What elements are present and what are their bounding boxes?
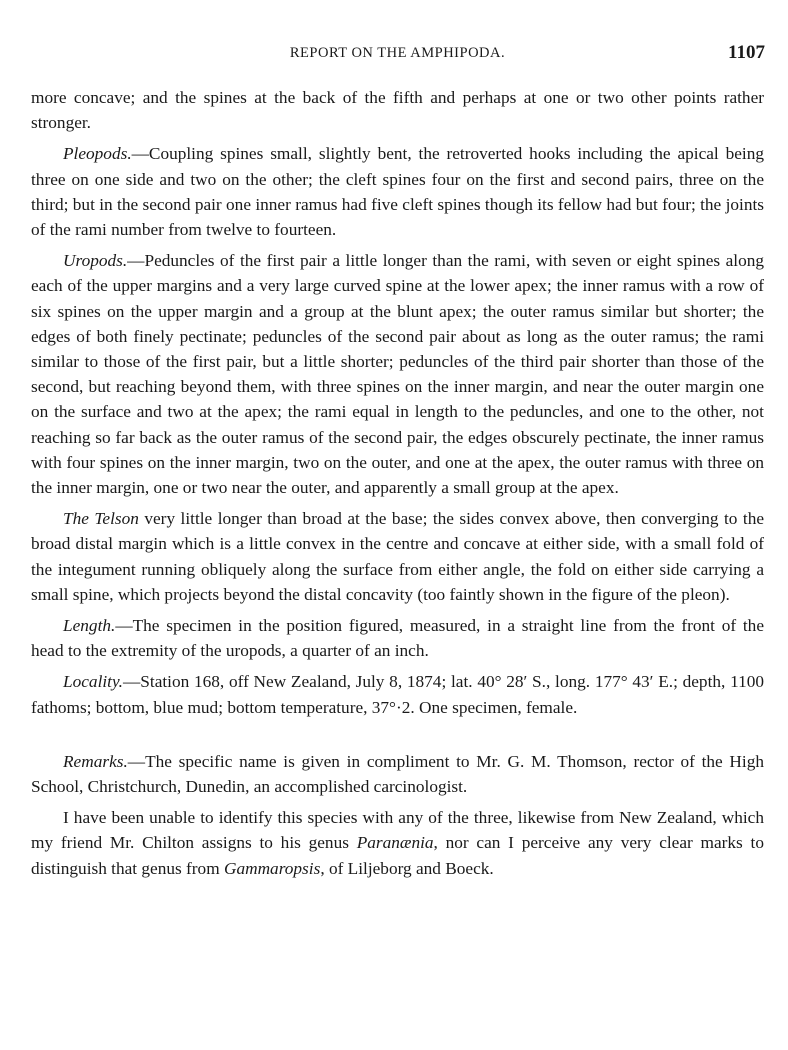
section-lead: The Telson [63,509,139,528]
paragraph-pleopods: Pleopods.—Coupling spines small, slightl… [31,141,764,242]
paragraph-remarks: Remarks.—The specific name is given in c… [31,749,764,799]
section-lead: Locality. [63,672,123,691]
section-lead: Uropods. [63,251,127,270]
running-title: REPORT ON THE AMPHIPODA. [30,45,765,62]
page-body: more concave; and the spines at the back… [31,85,764,881]
running-header: REPORT ON THE AMPHIPODA. 1107 [30,42,765,66]
page-number: 1107 [728,42,765,64]
paragraph-comparison: I have been unable to identify this spec… [31,805,764,881]
paragraph-locality: Locality.—Station 168, off New Zealand, … [31,669,764,719]
genus-name-paranaenia: Paranænia [357,833,434,852]
paragraph-continuation: more concave; and the spines at the back… [31,85,764,135]
section-lead: Remarks. [63,752,128,771]
paragraph-telson: The Telson very little longer than broad… [31,506,764,607]
paragraph-text: —The specific name is given in complimen… [31,752,764,796]
paragraph-text: , of Liljeborg and Boeck. [320,859,493,878]
genus-name-gammaropsis: Gammaropsis [224,859,320,878]
paragraph-text: —The specimen in the position figured, m… [31,616,764,660]
paragraph-text: —Station 168, off New Zealand, July 8, 1… [31,672,764,716]
paragraph-length: Length.—The specimen in the position fig… [31,613,764,663]
paragraph-uropods: Uropods.—Peduncles of the first pair a l… [31,248,764,500]
paragraph-text: —Peduncles of the first pair a little lo… [31,251,764,497]
section-lead: Pleopods. [63,144,132,163]
paragraph-text: —Coupling spines small, slightly bent, t… [31,144,764,239]
paragraph-text: very little longer than broad at the bas… [31,509,764,604]
paragraph-text: more concave; and the spines at the back… [31,88,764,132]
section-lead: Length. [63,616,115,635]
